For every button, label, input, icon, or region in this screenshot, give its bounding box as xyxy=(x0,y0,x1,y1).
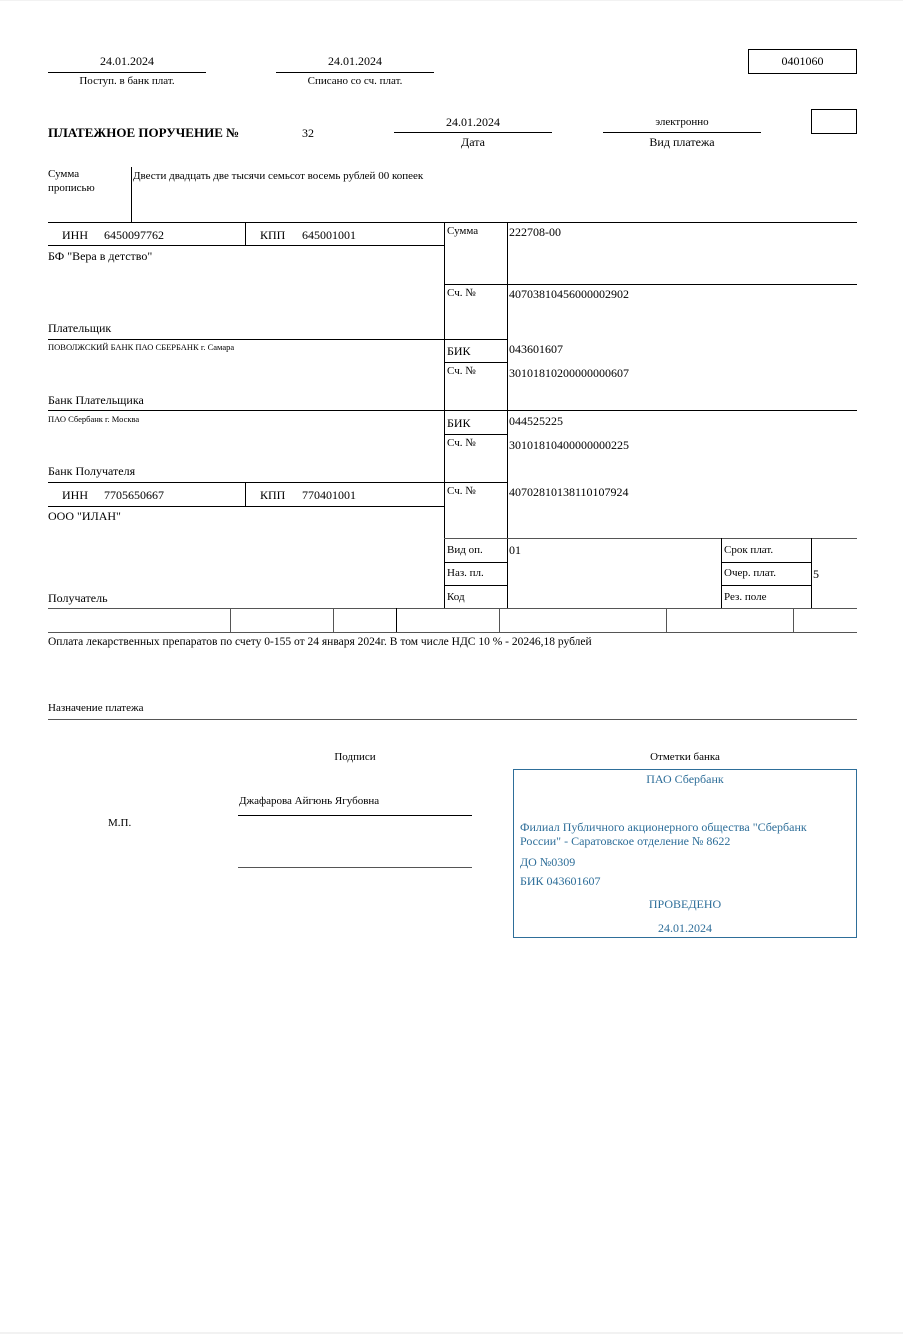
due-label: Срок плат. xyxy=(724,544,773,556)
status-box xyxy=(811,109,857,134)
op-row-line-1-left xyxy=(444,562,507,563)
payee-inn: 7705650667 xyxy=(104,488,164,503)
payer-bank-bik: 043601607 xyxy=(509,342,563,357)
payment-order-page: 24.01.2024 Поступ. в банк плат. 24.01.20… xyxy=(0,1,903,1332)
payee-inn-label: ИНН xyxy=(62,488,88,503)
grid-vline-values xyxy=(507,222,508,608)
received-date-line xyxy=(48,72,206,73)
signature-line-1 xyxy=(238,815,472,816)
grid-line-payee-bank xyxy=(48,410,857,411)
debited-label: Списано со сч. плат. xyxy=(276,75,434,87)
stamp-bik: БИК 043601607 xyxy=(520,874,601,889)
payee-account-label: Сч. № xyxy=(447,485,476,497)
stamp-branch-line2: России" - Саратовское отделение № 8622 xyxy=(520,834,730,849)
signature-line-2 xyxy=(238,867,472,868)
amount-value: 222708-00 xyxy=(509,225,561,240)
payee-name: ООО "ИЛАН" xyxy=(48,509,121,524)
received-label: Поступ. в банк плат. xyxy=(48,75,206,87)
op-type-label: Вид оп. xyxy=(447,544,483,556)
code-label: Код xyxy=(447,591,465,603)
payer-bank-account-label: Сч. № xyxy=(447,365,476,377)
grid-line-payee xyxy=(48,482,507,483)
grid-line-payer-bank xyxy=(48,339,507,340)
payer-account: 40703810456000002902 xyxy=(509,287,629,302)
priority-label: Очер. плат. xyxy=(724,567,776,579)
payer-inn-row-bottom xyxy=(48,245,444,246)
stamp-bank: ПАО Сбербанк xyxy=(514,772,856,787)
payer-bank-role-label: Банк Плательщика xyxy=(48,393,144,408)
payment-type-label: Вид платежа xyxy=(603,135,761,150)
payer-kpp-label: КПП xyxy=(260,228,285,243)
payee-bank-bik: 044525225 xyxy=(509,414,563,429)
payee-bank-account-label: Сч. № xyxy=(447,437,476,449)
payer-kpp: 645001001 xyxy=(302,228,356,243)
op-row-line-1-right xyxy=(721,562,811,563)
payee-kpp: 770401001 xyxy=(302,488,356,503)
grid-vline-main xyxy=(444,222,445,608)
amount-label: Сумма xyxy=(447,225,478,237)
order-number: 32 xyxy=(302,126,314,141)
amount-words-label-line2: прописью xyxy=(48,181,95,195)
stamp-office: ДО №0309 xyxy=(520,855,575,870)
stamp-place: М.П. xyxy=(108,817,131,829)
payer-inn-label: ИНН xyxy=(62,228,88,243)
tax-row-bottom xyxy=(48,632,857,633)
payee-bank-name: ПАО Сбербанк г. Москва xyxy=(48,414,139,424)
tax-row-top xyxy=(48,608,857,609)
reserve-label: Рез. поле xyxy=(724,591,766,603)
payer-inn-kpp-divider xyxy=(245,222,246,245)
op-row-line-2-right xyxy=(721,585,811,586)
payee-role-label: Получатель xyxy=(48,591,108,606)
bank-marks-label: Отметки банка xyxy=(513,751,857,763)
payer-bank-bik-line xyxy=(444,362,507,363)
op-row-line-2-left xyxy=(444,585,507,586)
amount-words-value: Двести двадцать две тысячи семьсот восем… xyxy=(133,170,423,182)
tax-field-divider-3 xyxy=(396,608,397,632)
order-date-label: Дата xyxy=(394,135,552,150)
grid-line-payer-account xyxy=(444,284,857,285)
stamp-date: 24.01.2024 xyxy=(514,921,856,936)
payee-bank-role-label: Банк Получателя xyxy=(48,464,135,479)
amount-words-divider xyxy=(131,167,132,222)
tax-field-divider-1 xyxy=(230,608,231,632)
operation-right-divider xyxy=(721,538,722,608)
payer-bank-name: ПОВОЛЖСКИЙ БАНК ПАО СБЕРБАНК г. Самара xyxy=(48,342,234,352)
payer-account-label: Сч. № xyxy=(447,287,476,299)
grid-line-operation xyxy=(444,538,857,539)
payee-bank-bik-label: БИК xyxy=(447,416,471,431)
order-date: 24.01.2024 xyxy=(394,115,552,130)
order-date-line xyxy=(394,132,552,133)
op-type: 01 xyxy=(509,543,521,558)
received-date: 24.01.2024 xyxy=(48,54,206,69)
amount-words-label-line1: Сумма xyxy=(48,167,95,181)
purpose-text: Оплата лекарственных препаратов по счету… xyxy=(48,636,592,648)
purpose-label: Назначение платежа xyxy=(48,702,143,714)
document-title: ПЛАТЕЖНОЕ ПОРУЧЕНИЕ № xyxy=(48,125,239,141)
payee-inn-kpp-divider xyxy=(245,482,246,506)
bank-stamp: ПАО Сбербанк Филиал Публичного акционерн… xyxy=(513,769,857,938)
priority-value: 5 xyxy=(813,567,819,582)
stamp-branch-line1: Филиал Публичного акционерного общества … xyxy=(520,820,807,835)
payment-type-line xyxy=(603,132,761,133)
payer-bank-bik-label: БИК xyxy=(447,344,471,359)
payee-bank-bik-line xyxy=(444,434,507,435)
grid-line-top xyxy=(48,222,857,223)
tax-field-divider-4 xyxy=(499,608,500,632)
stamp-status: ПРОВЕДЕНО xyxy=(514,897,856,912)
debited-date: 24.01.2024 xyxy=(276,54,434,69)
payer-name: БФ "Вера в детство" xyxy=(48,249,152,264)
purpose-code-label: Наз. пл. xyxy=(447,567,484,579)
form-code-box: 0401060 xyxy=(748,49,857,74)
payee-kpp-label: КПП xyxy=(260,488,285,503)
tax-field-divider-6 xyxy=(793,608,794,632)
payee-inn-row-bottom xyxy=(48,506,444,507)
tax-field-divider-5 xyxy=(666,608,667,632)
operation-value-divider xyxy=(811,538,812,608)
payment-type: электронно xyxy=(603,116,761,128)
tax-field-divider-2 xyxy=(333,608,334,632)
signatures-label: Подписи xyxy=(300,751,410,763)
payee-bank-account: 30101810400000000225 xyxy=(509,438,629,453)
payee-account: 40702810138110107924 xyxy=(509,485,629,500)
payer-bank-account: 30101810200000000607 xyxy=(509,366,629,381)
payer-inn: 6450097762 xyxy=(104,228,164,243)
purpose-line xyxy=(48,719,857,720)
amount-words-label: Сумма прописью xyxy=(48,167,95,195)
payer-role-label: Плательщик xyxy=(48,321,111,336)
debited-date-line xyxy=(276,72,434,73)
signer-name: Джафарова Айгюнь Ягубовна xyxy=(239,795,379,807)
